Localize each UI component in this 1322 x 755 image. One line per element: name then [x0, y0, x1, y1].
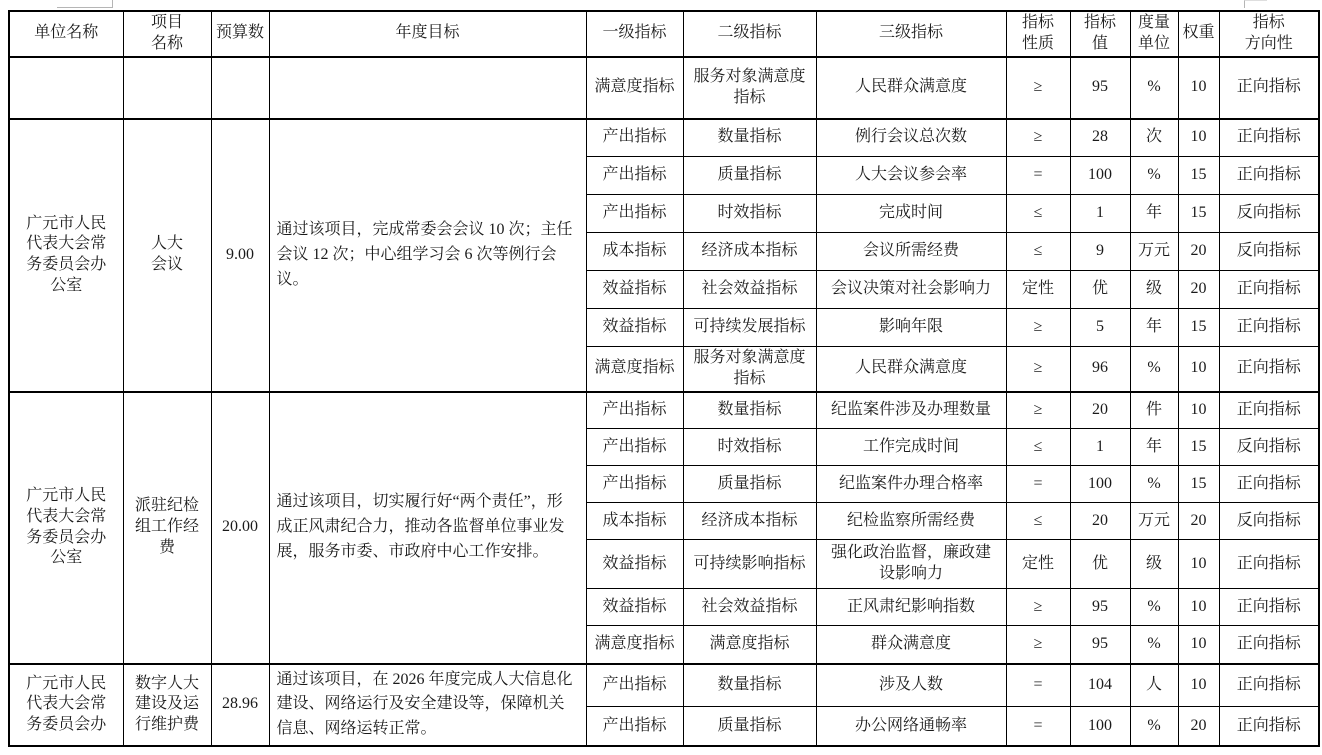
measure-unit-cell: %: [1130, 466, 1178, 503]
header-measure-unit: 度量 单位: [1130, 11, 1178, 57]
level1-indicator-cell: 产出指标: [586, 195, 683, 233]
table-row: 满意度指标 服务对象满意度 指标 人民群众满意度 ≥ 95 % 10 正向指标: [9, 57, 1319, 119]
level3-indicator-cell: 影响年限: [816, 309, 1006, 347]
level1-indicator-cell: 成本指标: [586, 233, 683, 271]
level2-indicator-cell: 服务对象满意度 指标: [683, 347, 816, 392]
table-row: 广元市人民 代表大会常 务委员会办 数字人大 建设及运 行维护费 28.96 通…: [9, 664, 1319, 707]
level1-indicator-cell: 产出指标: [586, 157, 683, 195]
level1-indicator-cell: 产出指标: [586, 119, 683, 157]
level3-indicator-cell: 纪检监察所需经费: [816, 503, 1006, 540]
measure-unit-cell: %: [1130, 707, 1178, 747]
indicator-direction-cell: 正向指标: [1219, 466, 1319, 503]
header-unit-name: 单位名称: [9, 11, 123, 57]
level2-indicator-cell: 服务对象满意度 指标: [683, 57, 816, 119]
level1-indicator-cell: 产出指标: [586, 466, 683, 503]
level2-indicator-cell: 可持续影响指标: [683, 540, 816, 589]
performance-indicator-table: 单位名称 项目 名称 预算数 年度目标 一级指标 二级指标 三级指标 指标 性质…: [8, 10, 1320, 747]
header-indicator-value: 指标 值: [1070, 11, 1130, 57]
indicator-value-cell: 95: [1070, 589, 1130, 626]
page-edge-artifact-left: [57, 0, 113, 8]
budget-cell: 28.96: [211, 664, 269, 746]
indicator-direction-cell: 正向指标: [1219, 540, 1319, 589]
indicator-nature-cell: ≥: [1006, 57, 1070, 119]
indicator-value-cell: 100: [1070, 157, 1130, 195]
indicator-value-cell: 100: [1070, 466, 1130, 503]
measure-unit-cell: 次: [1130, 119, 1178, 157]
indicator-nature-cell: =: [1006, 707, 1070, 747]
indicator-nature-cell: ≥: [1006, 309, 1070, 347]
level1-indicator-cell: 产出指标: [586, 429, 683, 466]
indicator-value-cell: 优: [1070, 271, 1130, 309]
weight-cell: 20: [1178, 233, 1219, 271]
level2-indicator-cell: 可持续发展指标: [683, 309, 816, 347]
measure-unit-cell: 年: [1130, 429, 1178, 466]
indicator-direction-cell: 正向指标: [1219, 309, 1319, 347]
weight-cell: 10: [1178, 626, 1219, 664]
indicator-value-cell: 20: [1070, 503, 1130, 540]
weight-cell: 15: [1178, 429, 1219, 466]
level1-indicator-cell: 效益指标: [586, 309, 683, 347]
level3-indicator-cell: 完成时间: [816, 195, 1006, 233]
indicator-direction-cell: 正向指标: [1219, 626, 1319, 664]
measure-unit-cell: %: [1130, 157, 1178, 195]
level3-indicator-cell: 人民群众满意度: [816, 347, 1006, 392]
indicator-direction-cell: 反向指标: [1219, 195, 1319, 233]
indicator-value-cell: 96: [1070, 347, 1130, 392]
budget-cell: 20.00: [211, 392, 269, 664]
project-name-cell: 数字人大 建设及运 行维护费: [123, 664, 211, 746]
annual-target-cell: 通过该项目，切实履行好“两个责任”，形成正风肃纪合力，推动各监督单位事业发展，服…: [269, 392, 586, 664]
weight-cell: 10: [1178, 392, 1219, 429]
measure-unit-cell: 万元: [1130, 503, 1178, 540]
level3-indicator-cell: 强化政治监督，廉政建 设影响力: [816, 540, 1006, 589]
header-annual-target: 年度目标: [269, 11, 586, 57]
level2-indicator-cell: 满意度指标: [683, 626, 816, 664]
weight-cell: 15: [1178, 195, 1219, 233]
indicator-nature-cell: ≥: [1006, 119, 1070, 157]
project-name-cell: [123, 57, 211, 119]
weight-cell: 15: [1178, 466, 1219, 503]
level2-indicator-cell: 社会效益指标: [683, 589, 816, 626]
unit-name-cell: 广元市人民 代表大会常 务委员会办 公室: [9, 119, 123, 392]
level2-indicator-cell: 数量指标: [683, 664, 816, 707]
measure-unit-cell: 万元: [1130, 233, 1178, 271]
indicator-nature-cell: ≤: [1006, 429, 1070, 466]
indicator-nature-cell: =: [1006, 157, 1070, 195]
indicator-nature-cell: ≤: [1006, 503, 1070, 540]
level1-indicator-cell: 效益指标: [586, 271, 683, 309]
level1-indicator-cell: 效益指标: [586, 589, 683, 626]
measure-unit-cell: 级: [1130, 540, 1178, 589]
level2-indicator-cell: 质量指标: [683, 466, 816, 503]
indicator-nature-cell: ≥: [1006, 347, 1070, 392]
indicator-value-cell: 优: [1070, 540, 1130, 589]
level1-indicator-cell: 满意度指标: [586, 626, 683, 664]
header-level2-indicator: 二级指标: [683, 11, 816, 57]
level1-indicator-cell: 效益指标: [586, 540, 683, 589]
level1-indicator-cell: 满意度指标: [586, 57, 683, 119]
weight-cell: 15: [1178, 309, 1219, 347]
weight-cell: 20: [1178, 271, 1219, 309]
indicator-nature-cell: ≥: [1006, 589, 1070, 626]
weight-cell: 10: [1178, 540, 1219, 589]
indicator-direction-cell: 正向指标: [1219, 119, 1319, 157]
level1-indicator-cell: 满意度指标: [586, 347, 683, 392]
indicator-value-cell: 5: [1070, 309, 1130, 347]
annual-target-cell: 通过该项目，在 2026 年度完成人大信息化建设、网络运行及安全建设等，保障机关…: [269, 664, 586, 746]
indicator-direction-cell: 正向指标: [1219, 392, 1319, 429]
level3-indicator-cell: 会议决策对社会影响力: [816, 271, 1006, 309]
level2-indicator-cell: 质量指标: [683, 157, 816, 195]
unit-name-cell: 广元市人民 代表大会常 务委员会办 公室: [9, 392, 123, 664]
level3-indicator-cell: 人大会议参会率: [816, 157, 1006, 195]
level3-indicator-cell: 工作完成时间: [816, 429, 1006, 466]
indicator-value-cell: 95: [1070, 626, 1130, 664]
indicator-nature-cell: =: [1006, 466, 1070, 503]
indicator-direction-cell: 正向指标: [1219, 57, 1319, 119]
indicator-direction-cell: 反向指标: [1219, 503, 1319, 540]
indicator-direction-cell: 正向指标: [1219, 589, 1319, 626]
header-level3-indicator: 三级指标: [816, 11, 1006, 57]
budget-cell: 9.00: [211, 119, 269, 392]
measure-unit-cell: 件: [1130, 392, 1178, 429]
level2-indicator-cell: 数量指标: [683, 392, 816, 429]
measure-unit-cell: %: [1130, 626, 1178, 664]
table-row: 广元市人民 代表大会常 务委员会办 公室 人大 会议 9.00 通过该项目，完成…: [9, 119, 1319, 157]
level3-indicator-cell: 纪监案件办理合格率: [816, 466, 1006, 503]
measure-unit-cell: 级: [1130, 271, 1178, 309]
level2-indicator-cell: 社会效益指标: [683, 271, 816, 309]
measure-unit-cell: 年: [1130, 309, 1178, 347]
weight-cell: 15: [1178, 157, 1219, 195]
level3-indicator-cell: 人民群众满意度: [816, 57, 1006, 119]
project-name-cell: 人大 会议: [123, 119, 211, 392]
table-header-row: 单位名称 项目 名称 预算数 年度目标 一级指标 二级指标 三级指标 指标 性质…: [9, 11, 1319, 57]
level2-indicator-cell: 时效指标: [683, 429, 816, 466]
indicator-value-cell: 20: [1070, 392, 1130, 429]
indicator-nature-cell: ≤: [1006, 195, 1070, 233]
indicator-direction-cell: 反向指标: [1219, 429, 1319, 466]
level2-indicator-cell: 质量指标: [683, 707, 816, 747]
indicator-nature-cell: 定性: [1006, 540, 1070, 589]
indicator-direction-cell: 反向指标: [1219, 233, 1319, 271]
measure-unit-cell: %: [1130, 347, 1178, 392]
indicator-direction-cell: 正向指标: [1219, 271, 1319, 309]
measure-unit-cell: 年: [1130, 195, 1178, 233]
indicator-nature-cell: ≥: [1006, 392, 1070, 429]
indicator-direction-cell: 正向指标: [1219, 664, 1319, 707]
level1-indicator-cell: 产出指标: [586, 707, 683, 747]
header-project-name: 项目 名称: [123, 11, 211, 57]
weight-cell: 20: [1178, 503, 1219, 540]
annual-target-cell: [269, 57, 586, 119]
indicator-direction-cell: 正向指标: [1219, 707, 1319, 747]
level3-indicator-cell: 办公网络通畅率: [816, 707, 1006, 747]
level3-indicator-cell: 群众满意度: [816, 626, 1006, 664]
indicator-nature-cell: 定性: [1006, 271, 1070, 309]
level3-indicator-cell: 涉及人数: [816, 664, 1006, 707]
project-name-cell: 派驻纪检 组工作经 费: [123, 392, 211, 664]
level3-indicator-cell: 例行会议总次数: [816, 119, 1006, 157]
budget-cell: [211, 57, 269, 119]
header-indicator-direction: 指标 方向性: [1219, 11, 1319, 57]
weight-cell: 20: [1178, 707, 1219, 747]
indicator-direction-cell: 正向指标: [1219, 347, 1319, 392]
indicator-value-cell: 100: [1070, 707, 1130, 747]
header-level1-indicator: 一级指标: [586, 11, 683, 57]
indicator-nature-cell: ≤: [1006, 233, 1070, 271]
level1-indicator-cell: 产出指标: [586, 664, 683, 707]
unit-name-cell: [9, 57, 123, 119]
header-indicator-nature: 指标 性质: [1006, 11, 1070, 57]
level2-indicator-cell: 时效指标: [683, 195, 816, 233]
level2-indicator-cell: 经济成本指标: [683, 503, 816, 540]
weight-cell: 10: [1178, 57, 1219, 119]
level3-indicator-cell: 会议所需经费: [816, 233, 1006, 271]
indicator-value-cell: 1: [1070, 429, 1130, 466]
indicator-nature-cell: =: [1006, 664, 1070, 707]
measure-unit-cell: %: [1130, 589, 1178, 626]
measure-unit-cell: 人: [1130, 664, 1178, 707]
indicator-value-cell: 28: [1070, 119, 1130, 157]
level2-indicator-cell: 经济成本指标: [683, 233, 816, 271]
indicator-value-cell: 9: [1070, 233, 1130, 271]
measure-unit-cell: %: [1130, 57, 1178, 119]
level3-indicator-cell: 正风肃纪影响指数: [816, 589, 1006, 626]
header-weight: 权重: [1178, 11, 1219, 57]
level3-indicator-cell: 纪监案件涉及办理数量: [816, 392, 1006, 429]
indicator-value-cell: 1: [1070, 195, 1130, 233]
annual-target-cell: 通过该项目，完成常委会会议 10 次；主任会议 12 次；中心组学习会 6 次等…: [269, 119, 586, 392]
level1-indicator-cell: 成本指标: [586, 503, 683, 540]
indicator-value-cell: 95: [1070, 57, 1130, 119]
header-budget: 预算数: [211, 11, 269, 57]
page-edge-artifact-right: [1244, 0, 1267, 8]
weight-cell: 10: [1178, 119, 1219, 157]
table-row: 广元市人民 代表大会常 务委员会办 公室 派驻纪检 组工作经 费 20.00 通…: [9, 392, 1319, 429]
level1-indicator-cell: 产出指标: [586, 392, 683, 429]
unit-name-cell: 广元市人民 代表大会常 务委员会办: [9, 664, 123, 746]
weight-cell: 10: [1178, 589, 1219, 626]
weight-cell: 10: [1178, 664, 1219, 707]
weight-cell: 10: [1178, 347, 1219, 392]
level2-indicator-cell: 数量指标: [683, 119, 816, 157]
indicator-nature-cell: ≥: [1006, 626, 1070, 664]
indicator-value-cell: 104: [1070, 664, 1130, 707]
indicator-direction-cell: 正向指标: [1219, 157, 1319, 195]
